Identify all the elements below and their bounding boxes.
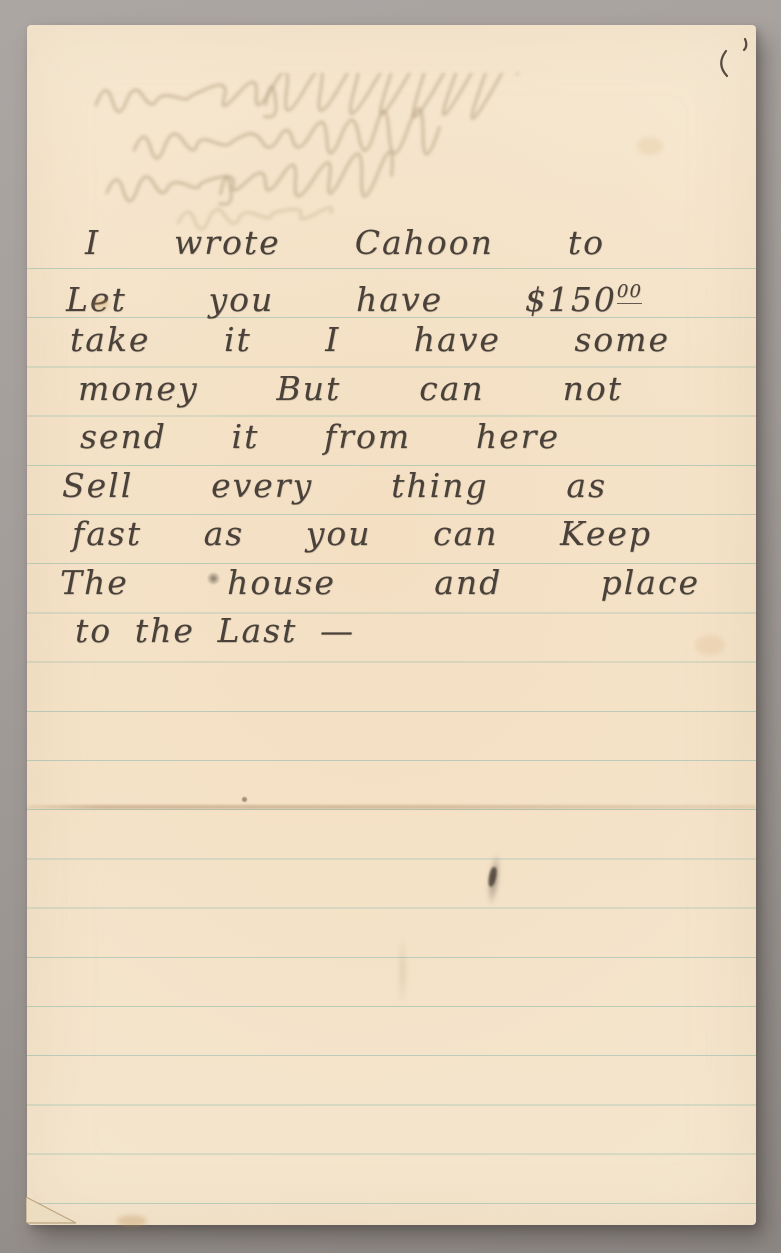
handwriting-line-1: I wrote Cahoon to [85, 220, 605, 266]
faint-stain-streak [396, 923, 409, 1019]
ink-bleedthrough [82, 73, 552, 233]
bleedthrough-row-1 [94, 73, 527, 128]
bleedthrough-loop-2 [220, 177, 233, 205]
handwriting-line-2: Let you have $15000 [66, 269, 642, 323]
ink-blot [207, 572, 220, 585]
cents-superscript: 00 [617, 281, 642, 304]
pen-mark-tick [744, 39, 746, 50]
handwriting-line-3: take it I have some [70, 317, 670, 363]
bleedthrough-row-3 [106, 151, 393, 203]
paper-stain [637, 137, 663, 155]
pen-mark-curve [721, 51, 727, 76]
handwriting-line-7: fast as you can Keep [72, 511, 652, 557]
handwriting-line-6: Sell every thing as [62, 463, 607, 509]
paper-stain [93, 298, 109, 310]
photo-backdrop: I wrote Cahoon to Let you have $15000 ta… [0, 0, 781, 1253]
fold-crease [27, 805, 756, 809]
letter-page: I wrote Cahoon to Let you have $15000 ta… [27, 25, 756, 1225]
handwriting-line-8: The house and place [60, 560, 700, 606]
handwriting-line-9: to the Last — [75, 608, 355, 654]
handwriting-line-4: money But can not [78, 366, 623, 412]
ink-speck [242, 797, 247, 802]
bleedthrough-row-2 [133, 108, 440, 162]
amount-text: Let you have $150 [66, 280, 617, 319]
paper-stain [695, 635, 725, 655]
handwriting-line-5: send it from here [80, 414, 560, 460]
dog-ear-corner [26, 1193, 82, 1225]
dog-ear-fold [26, 1197, 76, 1223]
paper-stain [117, 1215, 147, 1227]
pen-mark [711, 33, 759, 81]
